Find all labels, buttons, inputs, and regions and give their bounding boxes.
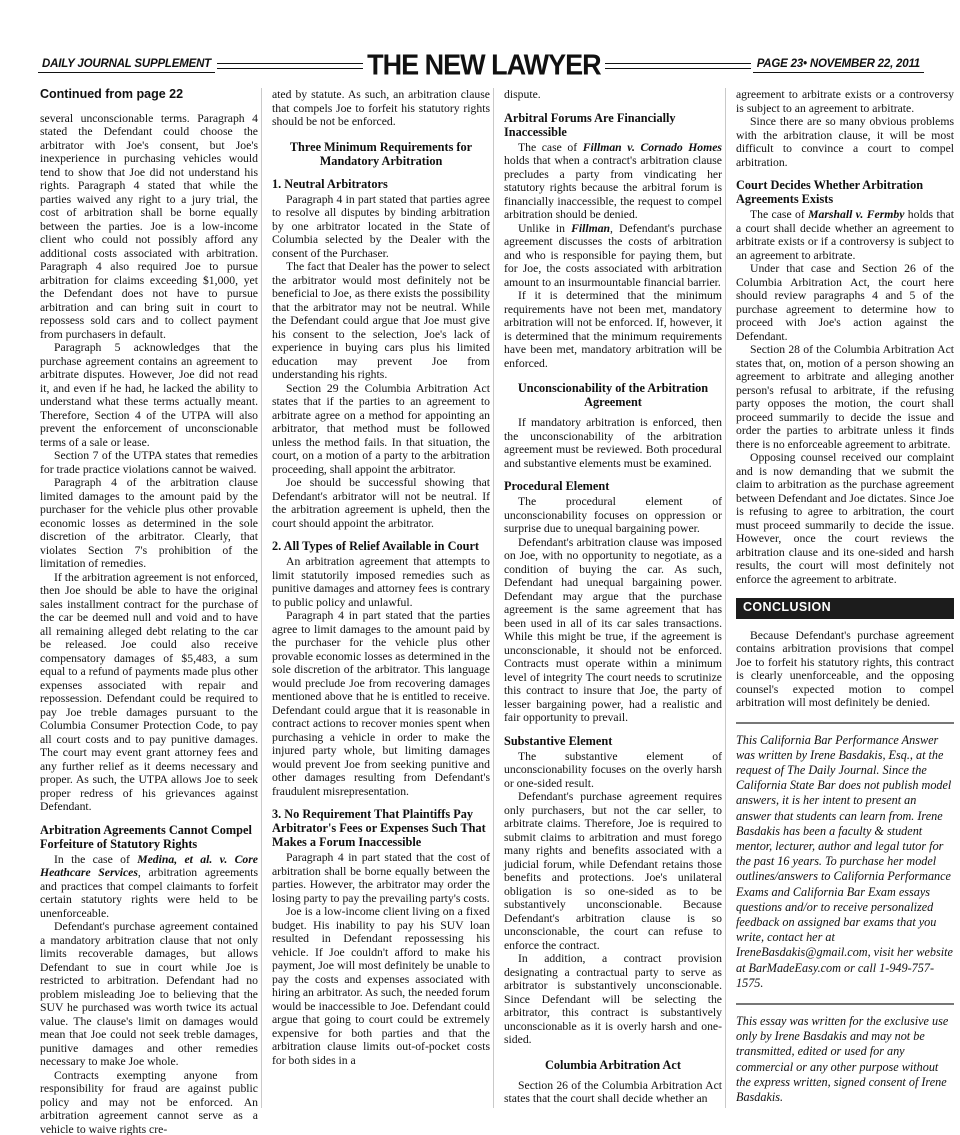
body-paragraph: The substantive element of unconscionabi… [504,750,722,791]
body-paragraph: An arbitration agreement that attempts t… [272,555,490,609]
body-paragraph: Defendant's arbitration clause was impos… [504,536,722,725]
body-paragraph: Joe should be successful showing that De… [272,476,490,530]
column-separator [493,88,494,1108]
article-column-1: Continued from page 22several unconscion… [40,88,258,1135]
section-heading: Court Decides Whether Arbitration Agreem… [736,178,954,206]
page-number-date: PAGE 23• NOVEMBER 22, 2011 [753,58,924,73]
body-paragraph: If mandatory arbitration is enforced, th… [504,416,722,470]
body-paragraph: several unconscionable terms. Paragraph … [40,112,258,342]
case-citation: Fillman v. Cornado Homes [583,141,722,154]
section-heading: 3. No Requirement That Plaintiffs Pay Ar… [272,807,490,849]
continued-from-note: Continued from page 22 [40,88,258,102]
body-paragraph: Defendant's purchase agreement contained… [40,920,258,1069]
body-paragraph: Because Defendant's purchase agreement c… [736,629,954,710]
body-paragraph: Since there are so many obvious problems… [736,115,954,169]
body-paragraph: The fact that Dealer has the power to se… [272,260,490,382]
section-heading: 1. Neutral Arbitrators [272,177,490,191]
body-paragraph: Contracts exempting anyone from responsi… [40,1069,258,1135]
article-column-2: ated by statute. As such, an arbitration… [272,88,490,1067]
section-heading: Arbitral Forums Are Financially Inaccess… [504,111,722,139]
body-paragraph: Paragraph 4 of the arbitration clause li… [40,476,258,571]
case-citation: Medina, et al. v. Core Heathcare Service… [40,853,258,880]
section-heading: Procedural Element [504,479,722,493]
case-citation: Marshall v. Fermby [808,208,904,221]
body-paragraph: Section 28 of the Columbia Arbitration A… [736,343,954,451]
body-paragraph: Section 26 of the Columbia Arbitration A… [504,1079,722,1106]
section-heading: 2. All Types of Relief Available in Cour… [272,539,490,553]
conclusion-banner: CONCLUSION [736,598,954,619]
divider-rule [736,1003,954,1005]
body-paragraph: Defendant's purchase agreement requires … [504,790,722,952]
section-heading: Unconscionability of the Arbitration Agr… [514,381,712,409]
body-paragraph: Paragraph 4 in part stated that the cost… [272,851,490,905]
column-separator [261,88,262,1108]
author-bio: This essay was written for the exclusive… [736,1014,954,1105]
body-paragraph: The procedural element of unconscionabil… [504,495,722,536]
body-paragraph: Paragraph 4 in part stated that parties … [272,193,490,261]
body-paragraph: In the case of Medina, et al. v. Core He… [40,853,258,921]
body-paragraph: Section 29 the Columbia Arbitration Act … [272,382,490,477]
page-title: THE NEW LAWYER [365,49,603,82]
supplement-title: DAILY JOURNAL SUPPLEMENT [38,58,215,73]
body-paragraph: Joe is a low-income client living on a f… [272,905,490,1067]
masthead: DAILY JOURNAL SUPPLEMENT THE NEW LAWYER … [38,50,924,81]
divider-rule [736,722,954,724]
body-paragraph: Paragraph 5 acknowledges that the purcha… [40,341,258,449]
case-citation: Fillman [571,222,610,235]
body-paragraph: Under that case and Section 26 of the Co… [736,262,954,343]
body-paragraph: In addition, a contract provision design… [504,952,722,1047]
body-paragraph: Opposing counsel received our complaint … [736,451,954,586]
masthead-rule-left [217,63,363,69]
author-bio: This California Bar Performance Answer w… [736,733,954,991]
body-paragraph: agreement to arbitrate exists or a contr… [736,88,954,115]
section-heading: Substantive Element [504,734,722,748]
body-paragraph: If the arbitration agreement is not enfo… [40,571,258,814]
body-paragraph: ated by statute. As such, an arbitration… [272,88,490,129]
section-heading: Three Minimum Requirements for Mandatory… [282,140,480,168]
body-paragraph: Paragraph 4 in part stated that the part… [272,609,490,798]
article-column-4: agreement to arbitrate exists or a contr… [736,88,954,1105]
section-heading: Columbia Arbitration Act [514,1058,712,1072]
article-column-3: dispute.Arbitral Forums Are Financially … [504,88,722,1106]
body-paragraph: The case of Marshall v. Fermby holds tha… [736,208,954,262]
body-paragraph: Unlike in Fillman, Defendant's purchase … [504,222,722,290]
column-separator [725,88,726,1108]
body-paragraph: dispute. [504,88,722,102]
section-heading: Arbitration Agreements Cannot Compel For… [40,823,258,851]
newspaper-page: DAILY JOURNAL SUPPLEMENT THE NEW LAWYER … [0,0,960,1135]
body-paragraph: The case of Fillman v. Cornado Homes hol… [504,141,722,222]
body-paragraph: Section 7 of the UTPA states that remedi… [40,449,258,476]
body-paragraph: If it is determined that the minimum req… [504,289,722,370]
masthead-rule-right [605,63,751,69]
